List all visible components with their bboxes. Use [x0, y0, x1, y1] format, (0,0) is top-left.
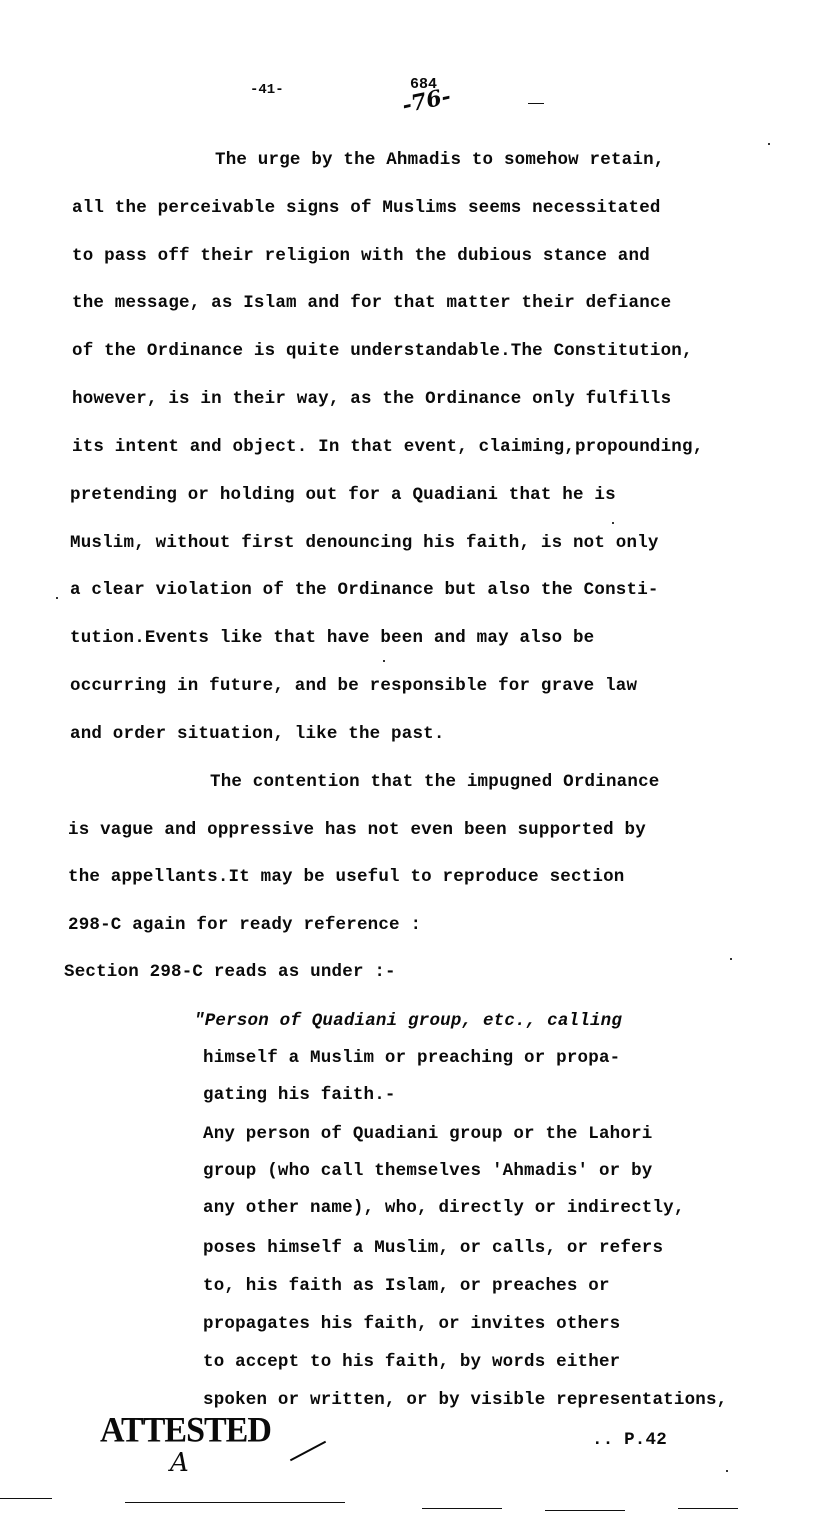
paragraph-1-line: however, is in their way, as the Ordinan…: [72, 389, 671, 409]
paragraph-1-line: all the perceivable signs of Muslims see…: [72, 198, 661, 218]
document-page: -41- 684 -76- The urge by the Ahmadis to…: [0, 0, 840, 1540]
paragraph-2-line: is vague and oppressive has not even bee…: [68, 820, 646, 840]
statute-body-line: to accept to his faith, by words either: [203, 1352, 620, 1372]
paragraph-1-line: a clear violation of the Ordinance but a…: [70, 580, 659, 600]
statute-heading-line: "Person of Quadiani group, etc., calling: [194, 1011, 622, 1031]
signature: A: [170, 1448, 189, 1478]
scan-rule-fragment: [528, 103, 544, 104]
statute-body-line: Any person of Quadiani group or the Laho…: [203, 1124, 652, 1144]
handwritten-page-number: -76-: [400, 83, 453, 119]
paragraph-1-line: Muslim, without first denouncing his fai…: [70, 533, 659, 553]
scan-rule-fragment: [422, 1508, 502, 1509]
scan-rule-fragment: [0, 1498, 52, 1499]
paragraph-1-line: occurring in future, and be responsible …: [70, 676, 637, 696]
paragraph-1-line: its intent and object. In that event, cl…: [72, 437, 703, 457]
statute-body-line: propagates his faith, or invites others: [203, 1314, 620, 1334]
paragraph-2-line: 298-C again for ready reference :: [68, 915, 421, 935]
statute-heading-line: gating his faith.-: [203, 1085, 396, 1105]
scan-speck: [726, 1470, 728, 1472]
statute-body-line: any other name), who, directly or indire…: [203, 1198, 685, 1218]
paragraph-2-line: The contention that the impugned Ordinan…: [210, 772, 659, 792]
scan-rule-fragment: [125, 1502, 345, 1503]
scan-rule-fragment: [678, 1508, 738, 1509]
scan-speck: [383, 660, 385, 662]
scan-speck: [612, 522, 614, 524]
paragraph-1-line: the message, as Islam and for that matte…: [72, 293, 671, 313]
statute-body-line: poses himself a Muslim, or calls, or ref…: [203, 1238, 663, 1258]
page-number: -41-: [250, 82, 284, 98]
paragraph-1-line: tution.Events like that have been and ma…: [70, 628, 594, 648]
paragraph-1-line: of the Ordinance is quite understandable…: [72, 341, 693, 361]
statute-heading-line: himself a Muslim or preaching or propa-: [203, 1048, 620, 1068]
paragraph-2-line: the appellants.It may be useful to repro…: [68, 867, 625, 887]
statute-body-line: spoken or written, or by visible represe…: [203, 1390, 727, 1410]
signature-stroke: [290, 1441, 326, 1462]
scan-speck: [730, 958, 732, 960]
section-intro: Section 298-C reads as under :-: [64, 962, 396, 982]
continuation-marker: .. P.42: [592, 1430, 667, 1450]
scan-speck: [768, 143, 770, 145]
paragraph-1-line: pretending or holding out for a Quadiani…: [70, 485, 616, 505]
statute-body-line: to, his faith as Islam, or preaches or: [203, 1276, 610, 1296]
scan-speck: [56, 597, 58, 599]
attested-stamp: ATTESTED: [100, 1411, 271, 1451]
scan-rule-fragment: [545, 1510, 625, 1511]
paragraph-1-line: The urge by the Ahmadis to somehow retai…: [215, 150, 664, 170]
paragraph-1-line: to pass off their religion with the dubi…: [72, 246, 650, 266]
paragraph-1-line: and order situation, like the past.: [70, 724, 445, 744]
statute-body-line: group (who call themselves 'Ahmadis' or …: [203, 1161, 652, 1181]
